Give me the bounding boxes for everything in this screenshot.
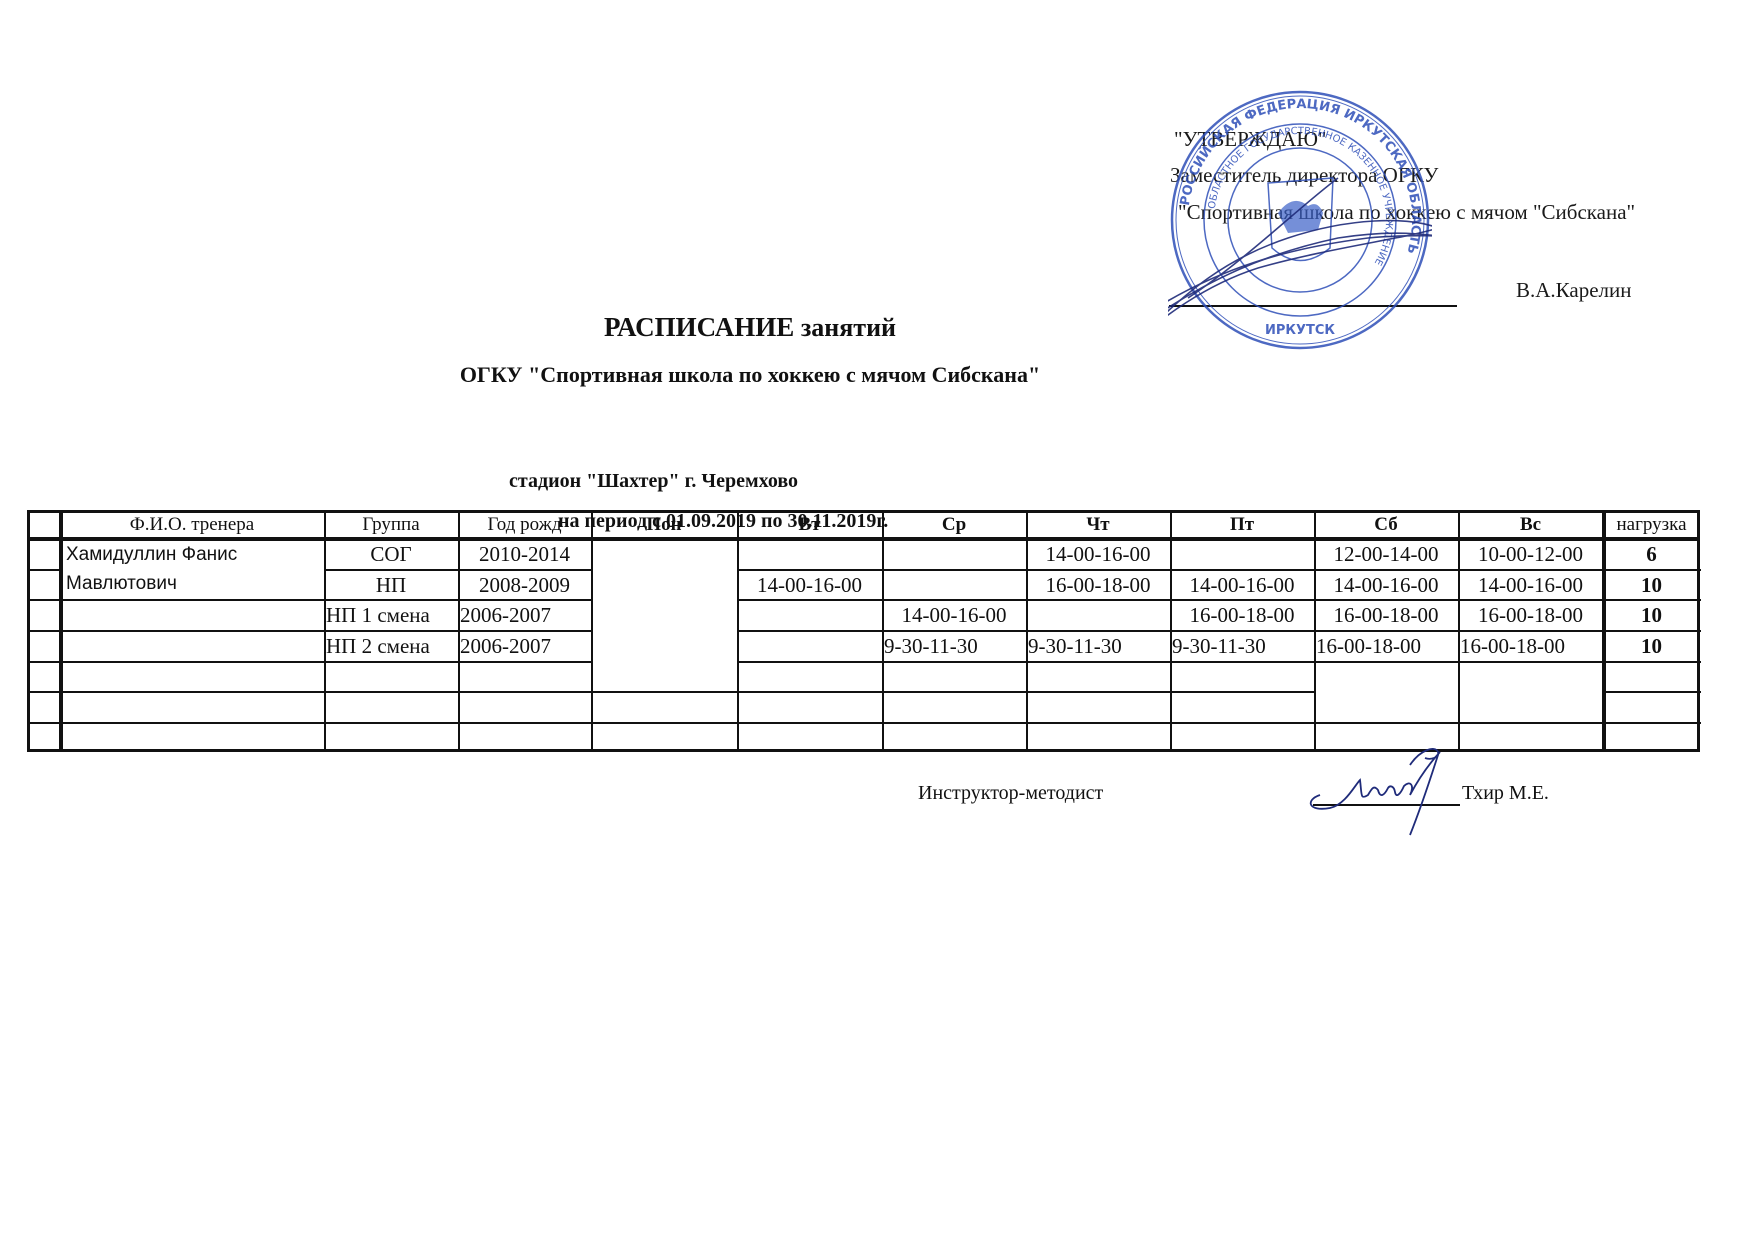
coach-name-line1: Хамидуллин Фанис xyxy=(66,540,326,569)
row-divider xyxy=(458,661,592,663)
venue-line: стадион "Шахтер" г. Черемхово xyxy=(509,470,798,493)
row-divider xyxy=(458,691,592,693)
approval-signatory: В.А.Карелин xyxy=(1516,279,1632,301)
row-divider xyxy=(324,661,459,663)
row-divider xyxy=(27,569,61,571)
svg-text:ОБЛАСТНОЕ ГОСУДАРСТВЕННОЕ КАЗЕ: ОБЛАСТНОЕ ГОСУДАРСТВЕННОЕ КАЗЕННОЕ УЧРЕЖ… xyxy=(1207,126,1394,267)
load-cell: 10 xyxy=(1605,631,1698,661)
row-divider xyxy=(27,661,61,663)
column-header-tue: Вт xyxy=(739,511,880,538)
row-divider xyxy=(1170,722,1315,724)
load-cell: 10 xyxy=(1605,600,1698,630)
row-divider xyxy=(1458,661,1604,663)
row-divider xyxy=(1026,661,1171,663)
schedule-cell-thu: 9-30-11-30 xyxy=(1028,631,1168,661)
row-divider xyxy=(60,599,325,601)
row-divider xyxy=(1314,722,1459,724)
row-divider xyxy=(1314,661,1459,663)
row-divider xyxy=(1026,722,1171,724)
instructor-name: Тхир М.Е. xyxy=(1462,782,1549,805)
schedule-cell-tue: 14-00-16-00 xyxy=(739,570,880,599)
birth-year-cell: 2006-2007 xyxy=(460,631,589,661)
schedule-cell-sat: 12-00-14-00 xyxy=(1316,539,1456,569)
row-divider xyxy=(737,722,883,724)
birth-year-cell: 2006-2007 xyxy=(460,600,589,630)
schedule-cell-sun: 16-00-18-00 xyxy=(1460,600,1601,630)
schedule-cell-sun: 14-00-16-00 xyxy=(1460,570,1601,599)
load-cell: 6 xyxy=(1605,539,1698,569)
row-divider xyxy=(458,722,592,724)
schedule-cell-tue xyxy=(739,631,880,661)
row-divider xyxy=(27,599,61,601)
group-cell: НП xyxy=(326,570,456,599)
row-divider xyxy=(60,722,325,724)
row-divider xyxy=(1603,722,1701,724)
column-header-coach: Ф.И.О. тренера xyxy=(62,511,322,538)
schedule-cell-thu: 16-00-18-00 xyxy=(1028,570,1168,599)
row-divider xyxy=(1170,691,1315,693)
column-header-thu: Чт xyxy=(1028,511,1168,538)
row-divider xyxy=(324,722,459,724)
group-cell: СОГ xyxy=(326,539,456,569)
column-header-group: Группа xyxy=(326,511,456,538)
document-subtitle: ОГКУ "Спортивная школа по хоккею с мячом… xyxy=(0,362,1500,388)
schedule-cell-thu: 14-00-16-00 xyxy=(1028,539,1168,569)
row-divider xyxy=(591,722,738,724)
row-divider xyxy=(1603,691,1701,693)
title-rest: занятий xyxy=(794,313,896,342)
schedule-cell-tue xyxy=(739,600,880,630)
row-divider xyxy=(737,661,883,663)
coach-name: Хамидуллин ФанисМавлютович xyxy=(62,540,326,599)
schedule-cell-fri: 9-30-11-30 xyxy=(1172,631,1312,661)
schedule-cell-sun: 16-00-18-00 xyxy=(1460,631,1601,661)
row-divider xyxy=(60,661,325,663)
row-divider xyxy=(60,630,325,632)
row-divider xyxy=(27,630,61,632)
column-header-sat: Сб xyxy=(1316,511,1456,538)
row-divider xyxy=(324,691,459,693)
schedule-cell-wed xyxy=(884,570,1024,599)
schedule-cell-sat: 16-00-18-00 xyxy=(1316,631,1456,661)
column-header-fri: Пт xyxy=(1172,511,1312,538)
schedule-cell-wed: 14-00-16-00 xyxy=(884,600,1024,630)
row-divider xyxy=(1458,722,1604,724)
schedule-cell-sat: 16-00-18-00 xyxy=(1316,600,1456,630)
row-divider xyxy=(882,691,1027,693)
schedule-cell-wed xyxy=(884,539,1024,569)
row-divider xyxy=(737,691,883,693)
row-divider xyxy=(1603,661,1701,663)
schedule-table: Ф.И.О. тренераГруппаГод рождПонВтСрЧтПтС… xyxy=(27,510,1701,752)
row-divider xyxy=(1170,661,1315,663)
column-header-mon: Пон xyxy=(593,511,735,538)
schedule-cell-fri: 14-00-16-00 xyxy=(1172,570,1312,599)
row-divider xyxy=(882,722,1027,724)
schedule-cell-thu xyxy=(1028,600,1168,630)
schedule-cell-tue xyxy=(739,539,880,569)
row-divider xyxy=(60,691,325,693)
document-title: РАСПИСАНИЕ занятий xyxy=(0,312,1500,343)
schedule-cell-sat: 14-00-16-00 xyxy=(1316,570,1456,599)
row-divider xyxy=(27,691,61,693)
birth-year-cell: 2008-2009 xyxy=(460,570,589,599)
column-header-load: нагрузка xyxy=(1605,511,1698,538)
row-divider xyxy=(27,722,61,724)
column-header-birth_year: Год рожд xyxy=(460,511,589,538)
instructor-position: Инструктор-методист xyxy=(918,782,1103,805)
schedule-cell-sun: 10-00-12-00 xyxy=(1460,539,1601,569)
birth-year-cell: 2010-2014 xyxy=(460,539,589,569)
group-cell: НП 2 смена xyxy=(326,631,456,661)
row-divider xyxy=(882,661,1027,663)
column-header-sun: Вс xyxy=(1460,511,1601,538)
schedule-cell-fri xyxy=(1172,539,1312,569)
group-cell: НП 1 смена xyxy=(326,600,456,630)
column-header-wed: Ср xyxy=(884,511,1024,538)
load-cell: 10 xyxy=(1605,570,1698,599)
schedule-cell-fri: 16-00-18-00 xyxy=(1172,600,1312,630)
row-divider xyxy=(591,691,738,693)
title-main-word: РАСПИСАНИЕ xyxy=(604,312,794,342)
coach-name-line2: Мавлютович xyxy=(66,569,326,598)
row-divider xyxy=(1026,691,1171,693)
schedule-cell-wed: 9-30-11-30 xyxy=(884,631,1024,661)
